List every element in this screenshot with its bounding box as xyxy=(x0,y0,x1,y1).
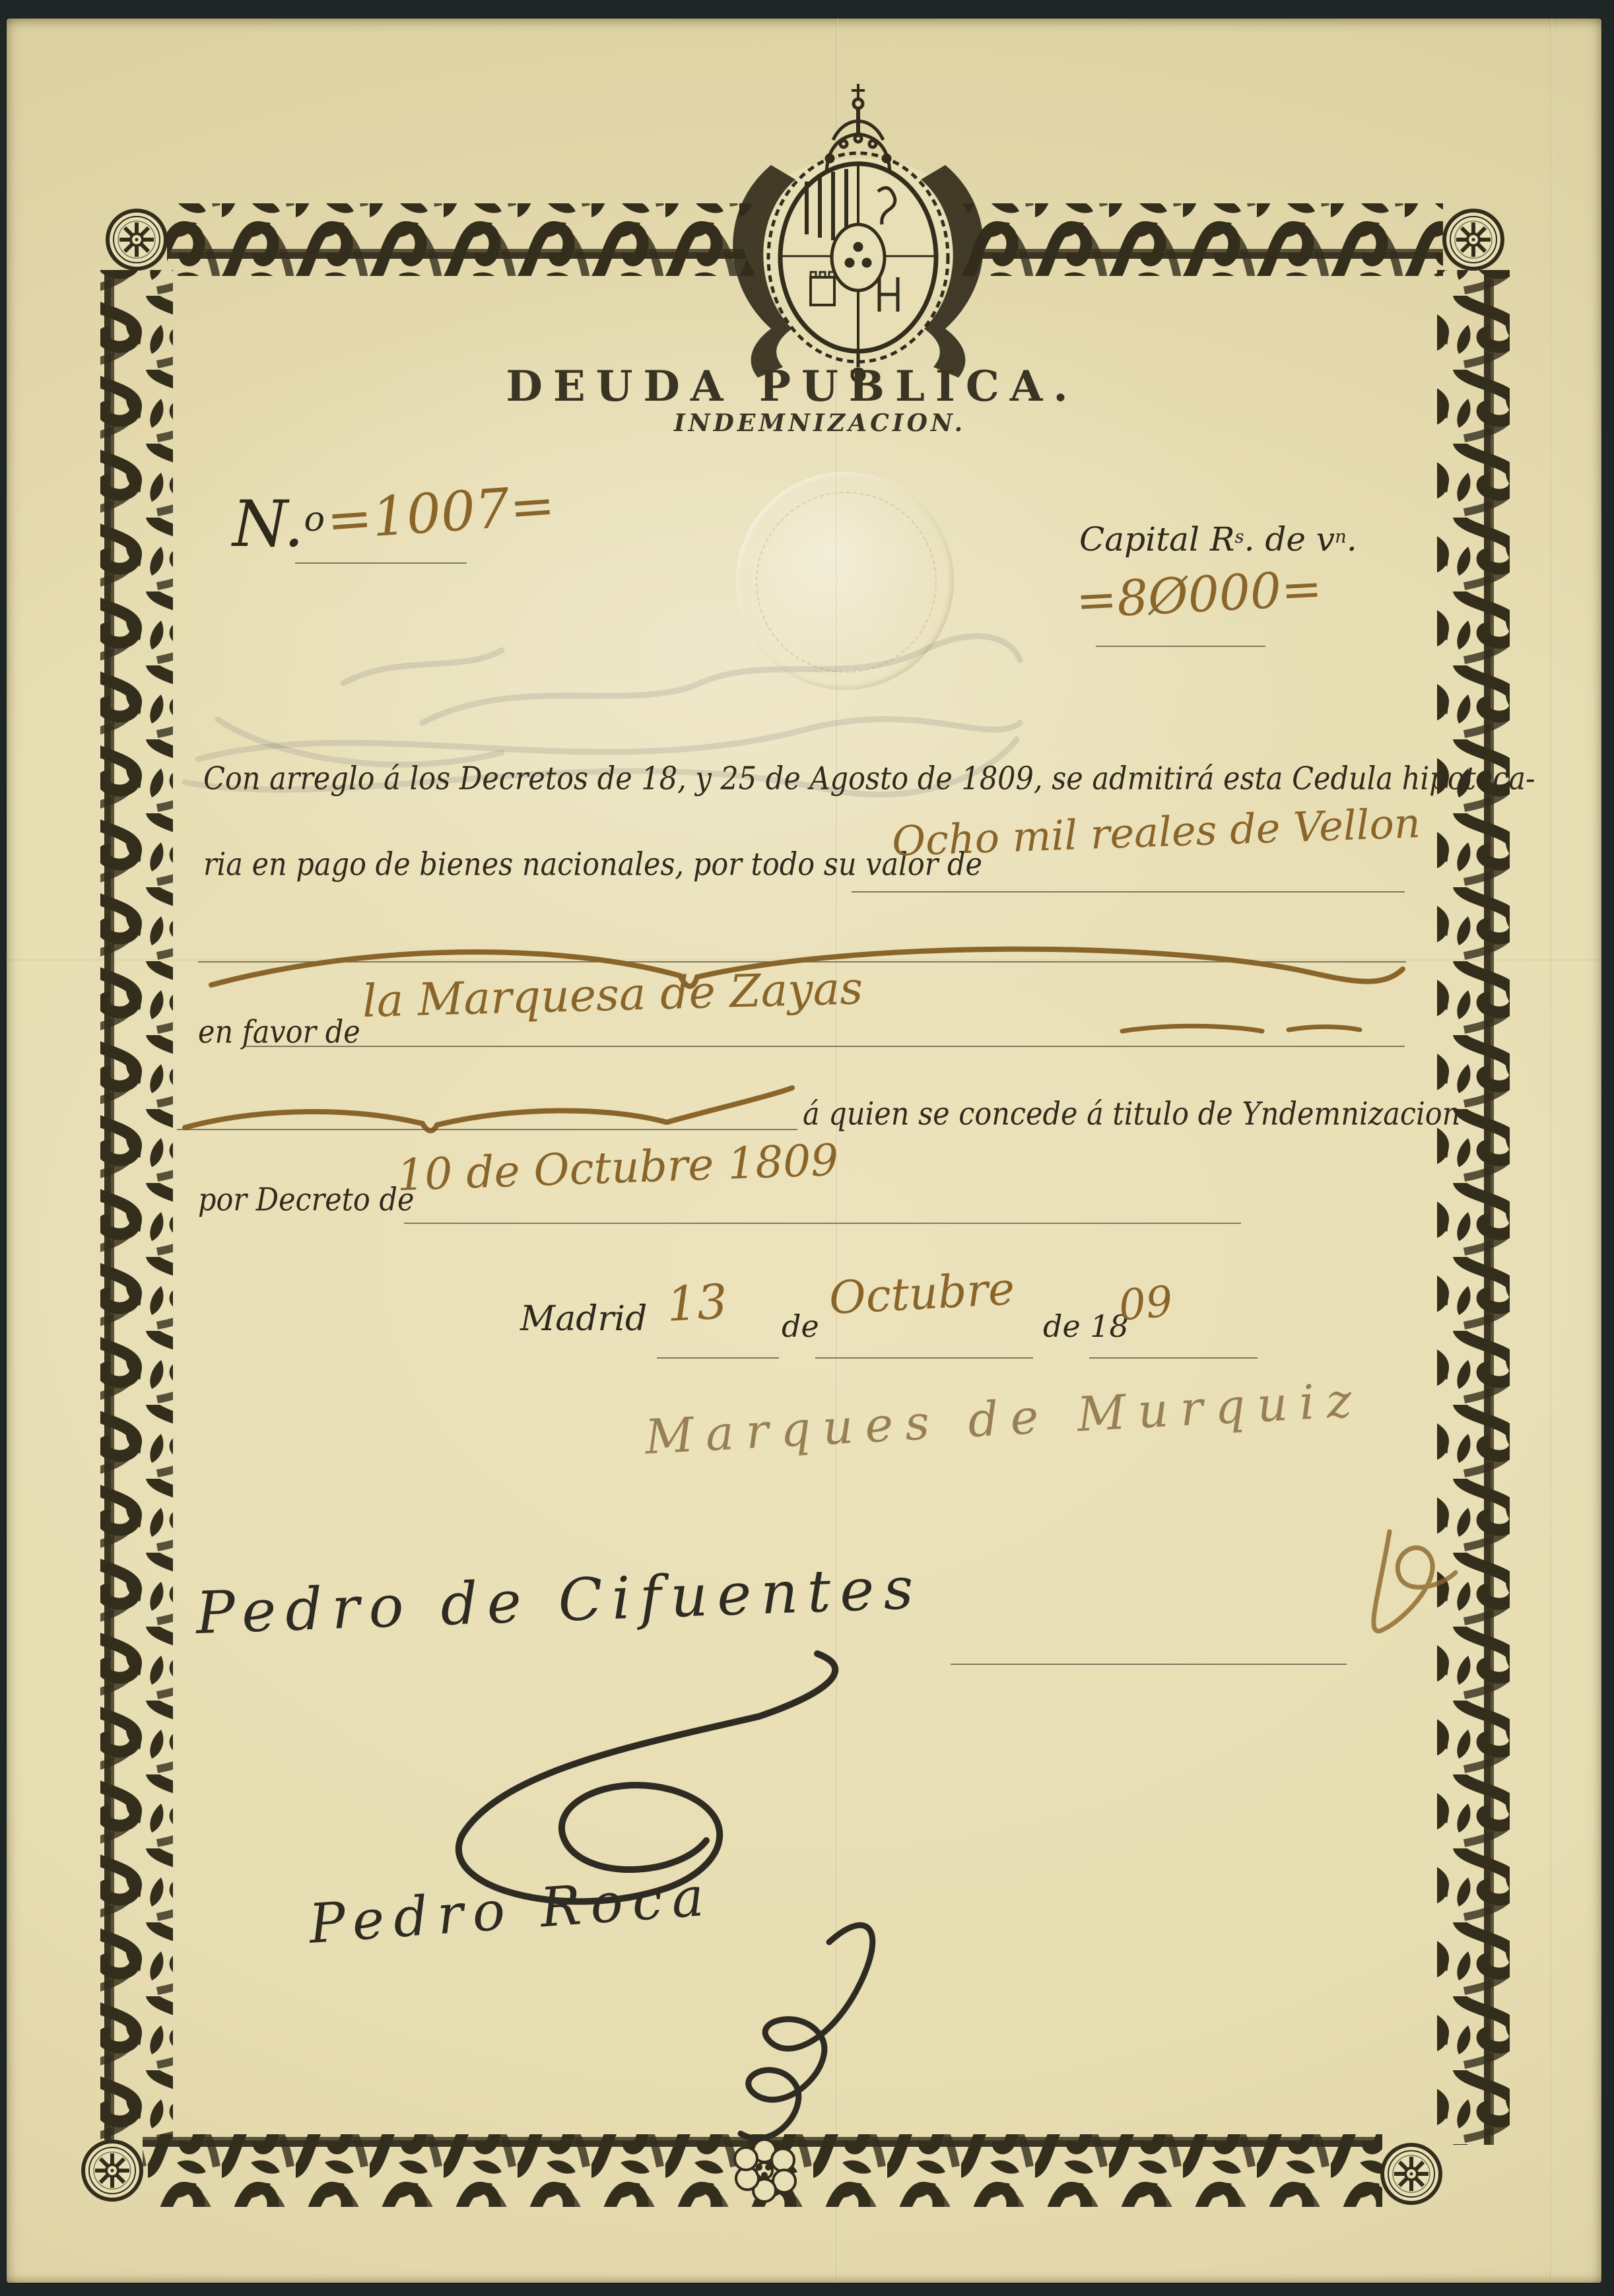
dateline-day: 13 xyxy=(665,1273,729,1332)
signature-rule xyxy=(951,1664,1347,1665)
favor-rule xyxy=(244,1046,1405,1047)
dateline-month: Octubre xyxy=(828,1263,1016,1325)
dateline-year: 09 xyxy=(1117,1277,1175,1331)
decree-rule xyxy=(404,1223,1241,1224)
dateline-place: Madrid xyxy=(520,1299,647,1339)
dateline-rule-year xyxy=(1089,1357,1258,1359)
concede-printed: á quien se concede á titulo de Yndemniza… xyxy=(803,1096,1460,1133)
dateline-rule-month xyxy=(815,1357,1033,1359)
dateline-year-prefix: de 18 xyxy=(1043,1308,1129,1344)
scanned-document: DEUDA PUBLICA. INDEMNIZACION. N.o =1007=… xyxy=(0,0,1614,2296)
blank-rule-2 xyxy=(177,1129,797,1130)
decree-printed: por Decreto de xyxy=(198,1182,414,1219)
dateline-rule-day xyxy=(657,1357,779,1359)
dateline-de1: de xyxy=(782,1308,819,1344)
